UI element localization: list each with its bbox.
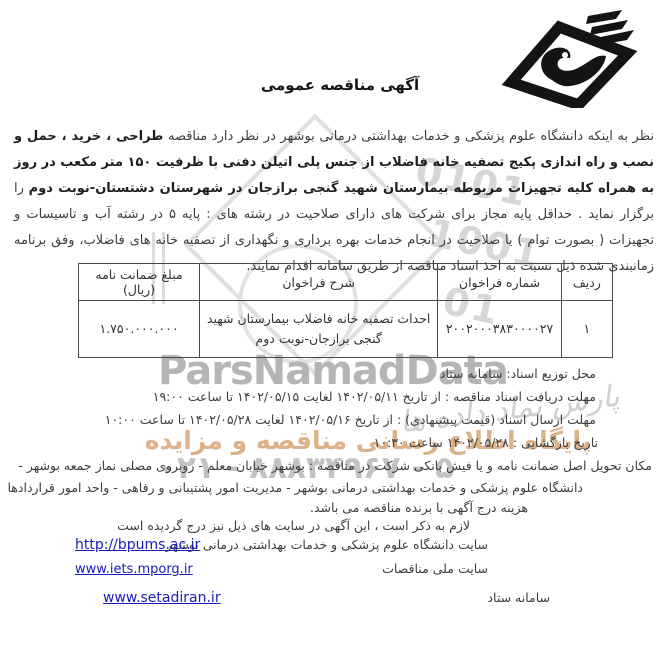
table-header-row: ردیف شماره فراخوان شرح فراخوان مبلغ ضمان… [79,264,613,301]
delivery-place-line-1: مکان تحویل اصل ضمانت نامه و یا فیش بانکی… [18,458,652,473]
university-logo-icon [492,10,644,108]
header-call-description: شرح فراخوان [200,264,438,301]
header-row-number: ردیف [561,264,612,301]
site-link-bpums[interactable]: http://bpums.ac.ir [75,537,200,553]
cell-guarantee-amount: ۱.۷۵۰.۰۰۰.۰۰۰ [79,301,200,358]
site-label-university: سایت دانشگاه علوم پزشکی و خدمات بهداشتی … [166,537,488,552]
table-row: ۱ ۲۰۰۲۰۰۰۳۸۳۰۰۰۰۲۷ احداث تصفیه خانه فاضل… [79,301,613,358]
document-page: 0101 1001 01 ParsNamadData پارس نماد داد… [0,0,666,659]
intro-text-pre: نظر به اینکه دانشگاه علوم پزشکی و خدمات … [163,129,654,144]
site-label-national-tenders: سایت ملی مناقصات [382,561,488,576]
site-link-setadiran[interactable]: www.setadiran.ir [103,590,221,606]
tender-table: ردیف شماره فراخوان شرح فراخوان مبلغ ضمان… [78,263,613,358]
page-title: آگهی مناقصه عمومی [240,76,440,94]
delivery-place-line-2: دانشگاه علوم پزشکی و خدمات بهداشتی درمان… [8,480,584,495]
cost-note-line: هزینه درج آگهی با برنده مناقصه می باشد. [310,500,528,515]
distribution-line: محل توزیع اسناد: سامانه ستاد [440,366,596,381]
site-label-setad-system: سامانه ستاد [487,590,550,605]
intro-paragraph: نظر به اینکه دانشگاه علوم پزشکی و خدمات … [14,124,654,280]
header-guarantee-amount: مبلغ ضمانت نامه (ریال) [79,264,200,301]
cell-call-number: ۲۰۰۲۰۰۰۳۸۳۰۰۰۰۲۷ [438,301,561,358]
submit-deadline-line: مهلت ارسال اسناد (قیمت پیشنهادی) : از تا… [105,412,596,427]
site-link-iets[interactable]: www.iets.mporg.ir [75,562,193,577]
receive-deadline-line: مهلت دریافت اسناد مناقصه : از تاریخ ۱۴۰۲… [153,389,596,404]
cell-row-number: ۱ [561,301,612,358]
sites-note-line: لازم به ذکر است ، این آگهی در سایت های ذ… [117,518,470,533]
header-call-number: شماره فراخوان [438,264,561,301]
watermark-calligraphy-text: پارس نماد داده ها [398,379,622,441]
opening-date-line: تاریخ بازگشایی : ۱۴۰۲/۰۵/۲۸ ساعت ۱۰:۳۰ [374,435,598,450]
cell-call-description: احداث تصفیه خانه فاضلاب بیمارستان شهید گ… [200,301,438,358]
